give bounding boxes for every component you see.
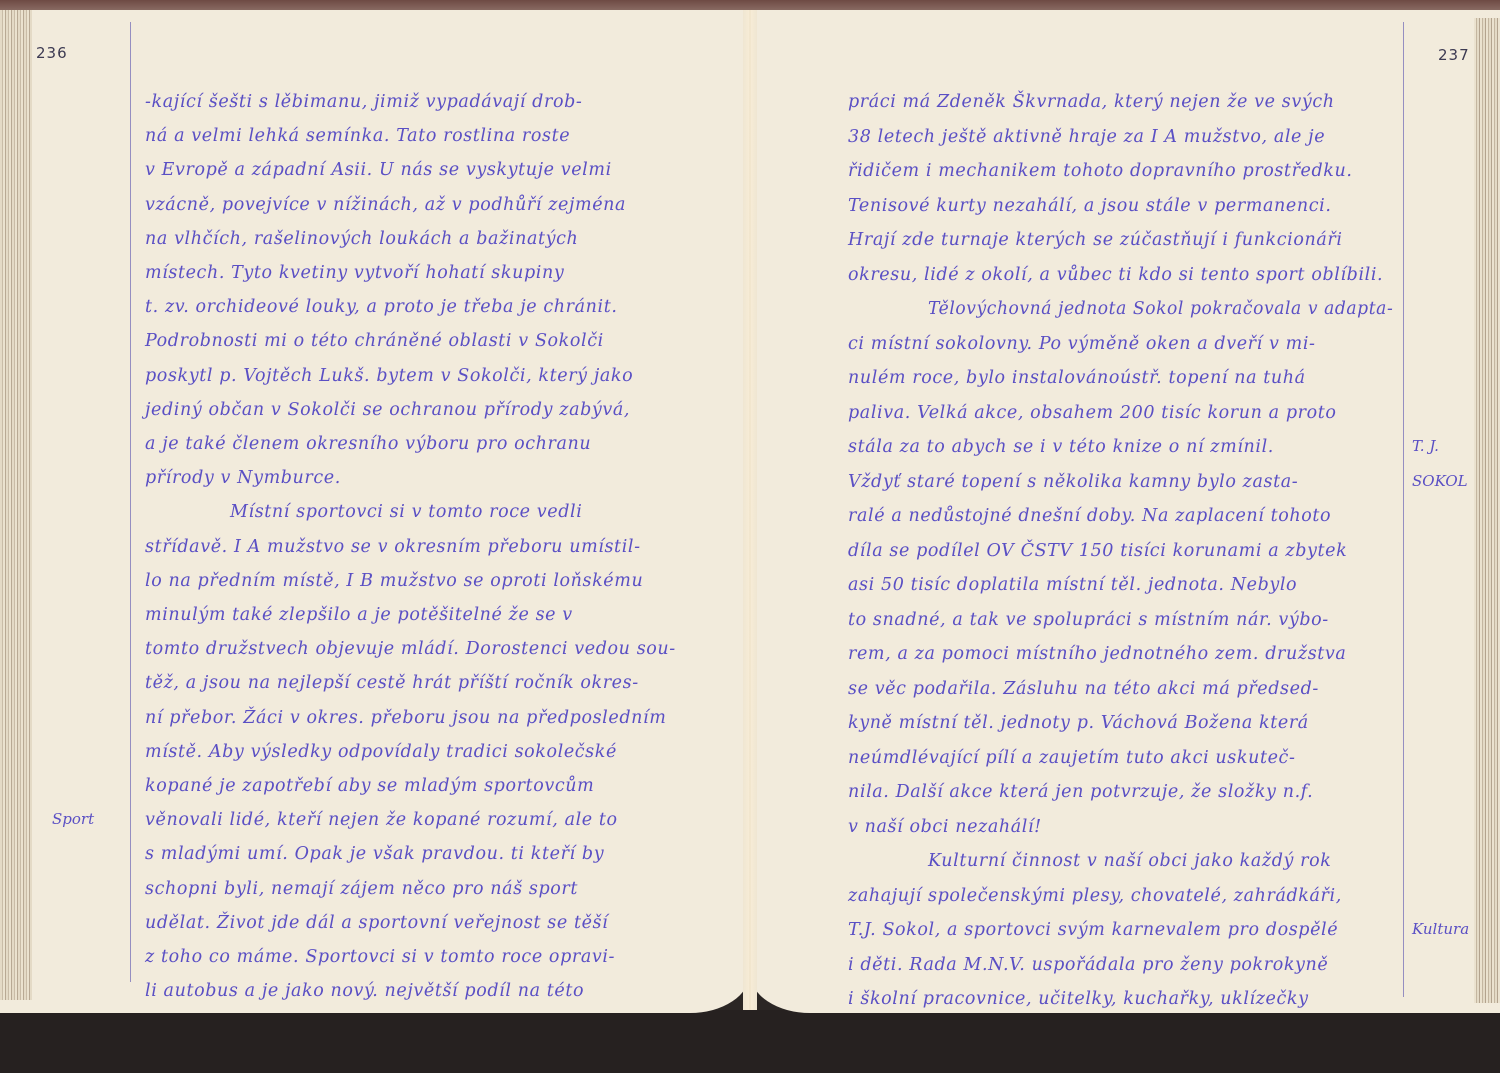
handwritten-line: paliva. Velká akce, obsahem 200 tisíc ko… xyxy=(848,403,1393,423)
handwritten-line: ci místní sokolovny. Po výměně oken a dv… xyxy=(848,334,1393,354)
handwritten-line: zahajují společenskými plesy, chovatelé,… xyxy=(848,886,1393,906)
handwritten-line: řidičem i mechanikem tohoto dopravního p… xyxy=(848,161,1393,181)
handwritten-line: i děti. Rada M.N.V. uspořádala pro ženy … xyxy=(848,955,1393,975)
handwritten-line: neúmdlévající pílí a zaujetím tuto akci … xyxy=(848,748,1393,768)
page-number-left: 236 xyxy=(36,44,68,62)
margin-note: Sport xyxy=(52,810,94,828)
book-gutter xyxy=(743,10,757,1010)
handwritten-line: asi 50 tisíc doplatila místní těl. jedno… xyxy=(848,575,1393,595)
handwritten-line: minulým také zlepšilo a je potěšitelné ž… xyxy=(145,605,685,625)
handwritten-line: rem, a za pomoci místního jednotného zem… xyxy=(848,644,1393,664)
handwritten-line: a je také členem okresního výboru pro oc… xyxy=(145,434,685,454)
left-margin-rule xyxy=(130,22,131,982)
handwritten-line: okresu, lidé z okolí, a vůbec ti kdo si … xyxy=(848,265,1393,285)
handwritten-line: i školní pracovnice, učitelky, kuchařky,… xyxy=(848,989,1393,1009)
handwritten-line: Místní sportovci si v tomto roce vedli xyxy=(230,502,685,522)
handwritten-line: schopni byli, nemají zájem něco pro náš … xyxy=(145,879,685,899)
handwritten-line: kopané je zapotřebí aby se mladým sporto… xyxy=(145,776,685,796)
right-margin-rule xyxy=(1403,22,1404,997)
book-scan: 236 -kající šešti s lěbimanu, jimiž vypa… xyxy=(0,0,1500,1073)
handwritten-line: T.J. Sokol, a sportovci svým karnevalem … xyxy=(848,920,1393,940)
handwritten-line: nila. Další akce která jen potvrzuje, že… xyxy=(848,782,1393,802)
handwritten-line: udělat. Život jde dál a sportovní veřejn… xyxy=(145,913,685,933)
handwritten-line: to snadné, a tak ve spolupráci s místním… xyxy=(848,610,1393,630)
margin-note: SOKOL xyxy=(1412,472,1468,490)
left-page-edge-stack xyxy=(0,10,32,1000)
handwritten-line: lo na předním místě, I B mužstvo se opro… xyxy=(145,571,685,591)
handwritten-line: Vždyť staré topení s několika kamny bylo… xyxy=(848,472,1393,492)
handwritten-line: v Evropě a západní Asii. U nás se vyskyt… xyxy=(145,160,685,180)
handwritten-line: místech. Tyto kvetiny vytvoří hohatí sku… xyxy=(145,263,685,283)
margin-note: T. J. xyxy=(1412,437,1439,455)
margin-note: Kultura xyxy=(1412,920,1469,938)
handwritten-line: přírody v Nymburce. xyxy=(145,468,685,488)
handwritten-line: vzácně, povejvíce v nížinách, až v podhů… xyxy=(145,195,685,215)
handwritten-line: ná a velmi lehká semínka. Tato rostlina … xyxy=(145,126,685,146)
handwritten-line: s mladými umí. Opak je však pravdou. ti … xyxy=(145,844,685,864)
handwritten-line: práci má Zdeněk Škvrnada, který nejen že… xyxy=(848,92,1393,112)
background-shadow xyxy=(0,1010,1500,1073)
handwritten-line: ní přebor. Žáci v okres. přeboru jsou na… xyxy=(145,708,685,728)
handwritten-line: Hrají zde turnaje kterých se zúčastňují … xyxy=(848,230,1393,250)
handwritten-line: tomto družstvech objevuje mládí. Doroste… xyxy=(145,639,685,659)
handwritten-line: poskytl p. Vojtěch Lukš. bytem v Sokolči… xyxy=(145,366,685,386)
handwritten-line: místě. Aby výsledky odpovídaly tradici s… xyxy=(145,742,685,762)
handwritten-line: věnovali lidé, kteří nejen že kopané roz… xyxy=(145,810,685,830)
handwritten-line: kyně místní těl. jednoty p. Váchová Bože… xyxy=(848,713,1393,733)
handwritten-line: t. zv. orchideové louky, a proto je třeb… xyxy=(145,297,685,317)
handwritten-line: Tělovýchovná jednota Sokol pokračovala v… xyxy=(928,299,1382,319)
handwritten-line: stála za to abych se i v této knize o ní… xyxy=(848,437,1393,457)
handwritten-line: jediný občan v Sokolči se ochranou příro… xyxy=(145,400,685,420)
handwritten-line: na vlhčích, rašelinových loukách a bažin… xyxy=(145,229,685,249)
handwritten-line: díla se podílel OV ČSTV 150 tisíci korun… xyxy=(848,541,1393,561)
handwritten-line: Podrobnosti mi o této chráněné oblasti v… xyxy=(145,331,685,351)
page-number-right: 237 xyxy=(1438,46,1470,64)
handwritten-line: z toho co máme. Sportovci si v tomto roc… xyxy=(145,947,685,967)
handwritten-line: Tenisové kurty nezahálí, a jsou stále v … xyxy=(848,196,1393,216)
handwritten-line: střídavě. I A mužstvo se v okresním přeb… xyxy=(145,537,685,557)
handwritten-line: li autobus a je jako nový. největší podí… xyxy=(145,981,685,1001)
handwritten-line: v naší obci nezahálí! xyxy=(848,817,1393,837)
handwritten-line: nulém roce, bylo instalovánoústř. topení… xyxy=(848,368,1393,388)
handwritten-line: -kající šešti s lěbimanu, jimiž vypadáva… xyxy=(145,92,685,112)
handwritten-line: 38 letech ještě aktivně hraje za I A muž… xyxy=(848,127,1393,147)
handwritten-line: těž, a jsou na nejlepší cestě hrát příšt… xyxy=(145,673,685,693)
right-page-edge-stack xyxy=(1474,18,1500,1003)
handwritten-line: ralé a nedůstojné dnešní doby. Na zaplac… xyxy=(848,506,1393,526)
handwritten-line: Kulturní činnost v naší obci jako každý … xyxy=(928,851,1393,871)
handwritten-line: se věc podařila. Zásluhu na této akci má… xyxy=(848,679,1393,699)
